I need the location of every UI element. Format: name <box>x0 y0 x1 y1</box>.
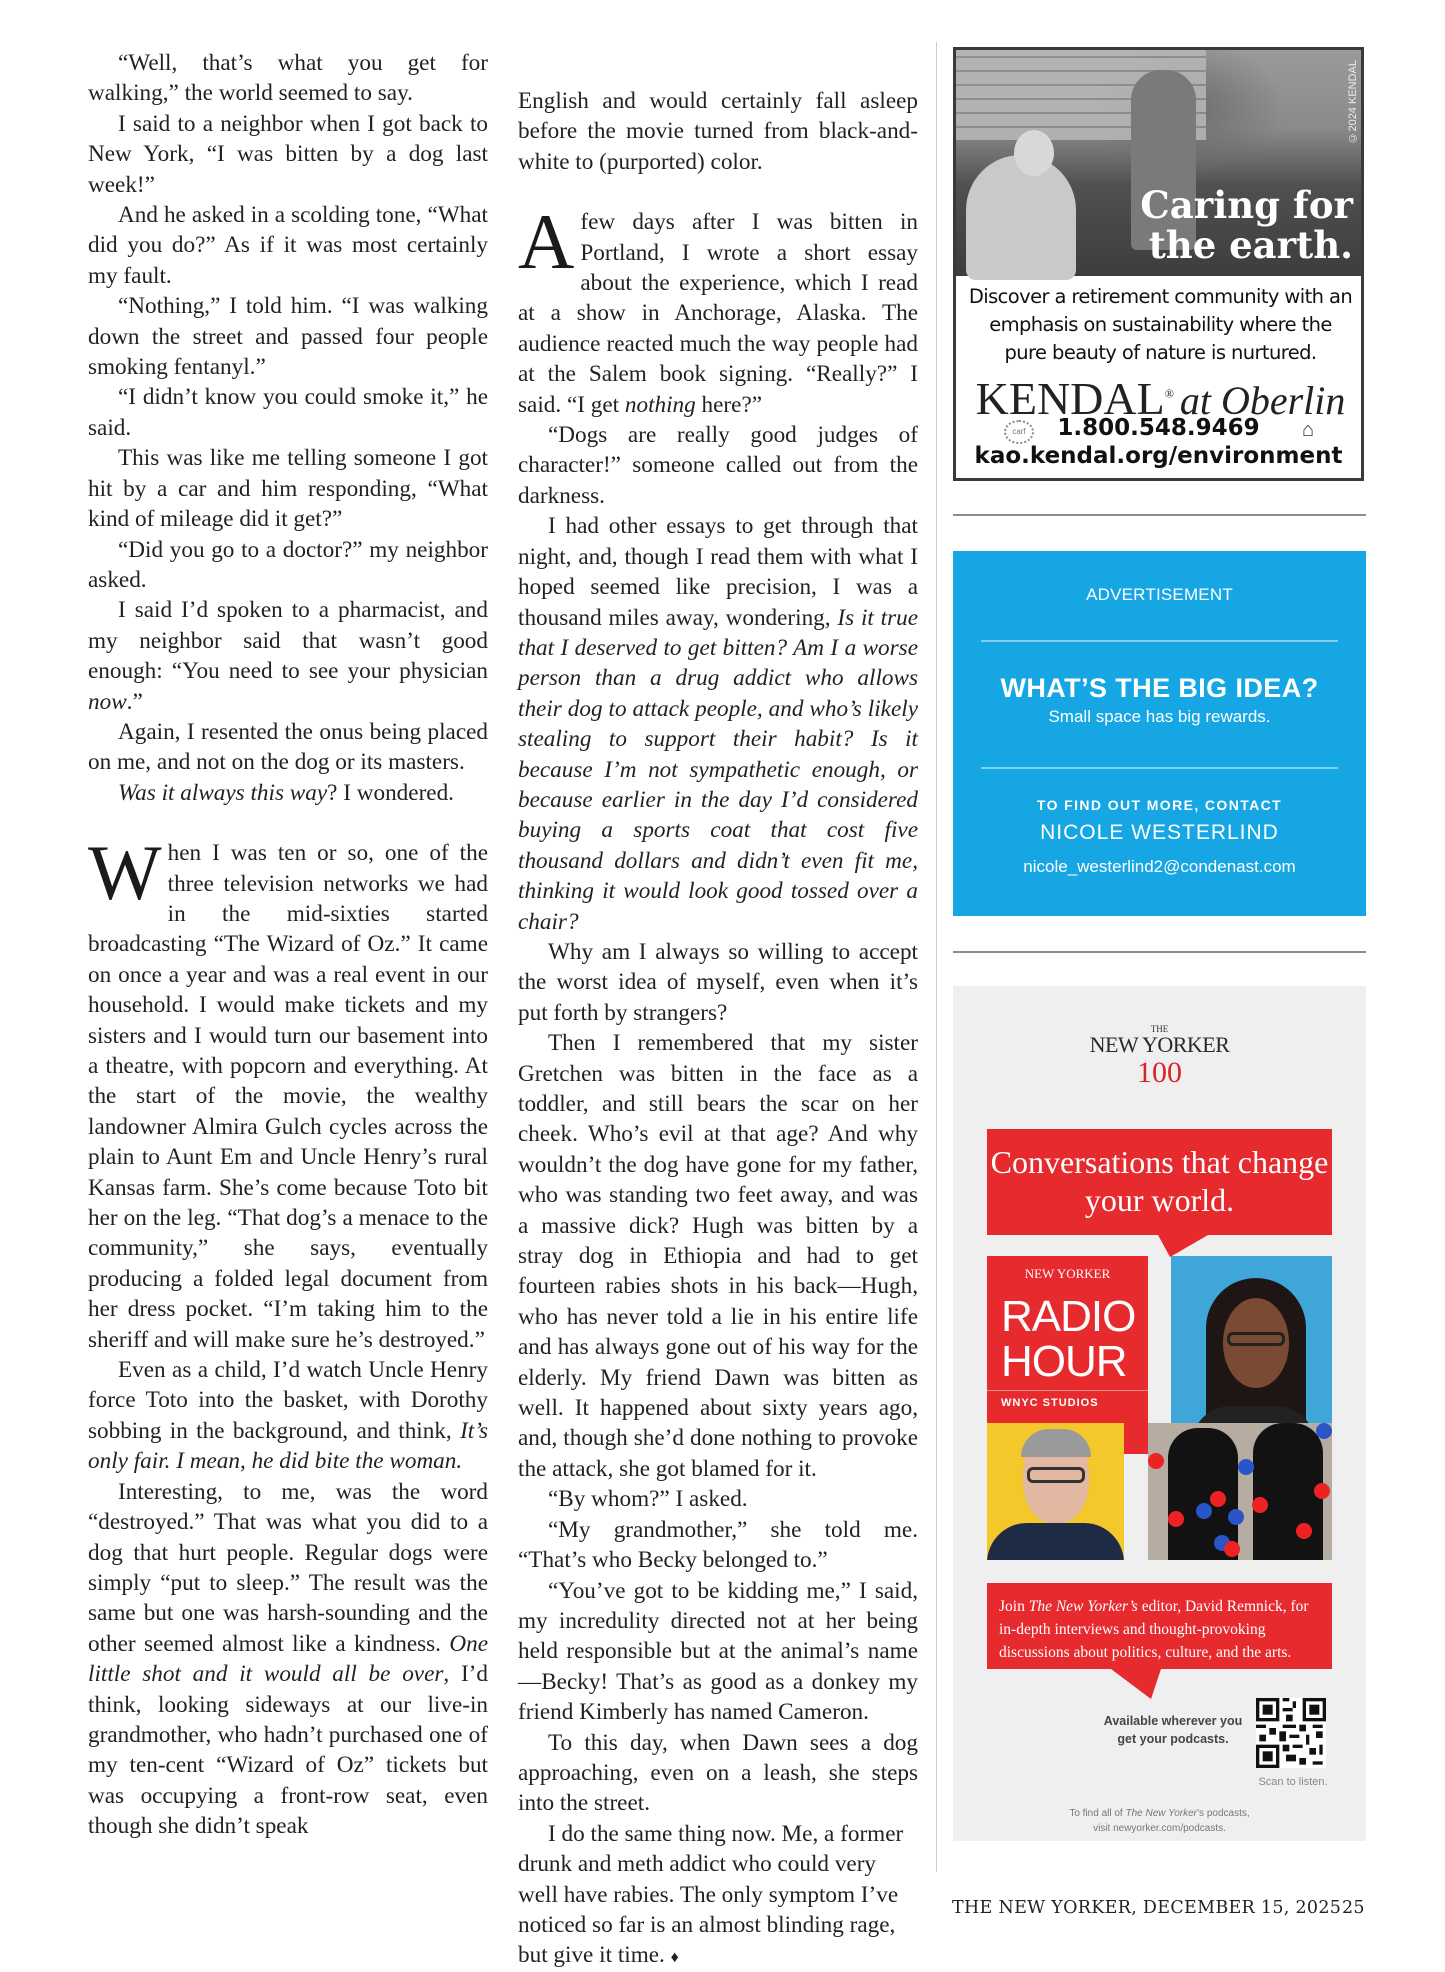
red-dot <box>1148 1453 1164 1469</box>
red-dot <box>1252 1497 1268 1513</box>
contact-email-link[interactable]: nicole_westerlind2@condenast.com <box>953 857 1366 877</box>
portrait-hair <box>1021 1429 1091 1457</box>
column-divider <box>936 42 937 1872</box>
headline-line: Caring for <box>1140 185 1353 225</box>
scan-label: Scan to listen. <box>1253 1776 1333 1788</box>
silhouette <box>1253 1423 1323 1560</box>
article-column-2: English and would certainly fall asleep … <box>518 86 918 1972</box>
blue-dot <box>1196 1503 1212 1519</box>
article-column-1: “Well, that’s what you get for walking,”… <box>88 48 488 1842</box>
speech-bubble-tail <box>1158 1235 1208 1257</box>
description-speech-bubble: Join The New Yorker’s editor, David Remn… <box>987 1583 1332 1669</box>
paragraph-text: .” <box>127 689 143 715</box>
tile-title-line: HOUR <box>1001 1339 1135 1384</box>
paragraph: “Dogs are really good judges of characte… <box>518 420 918 511</box>
text: ’s podcasts, <box>1197 1808 1250 1819</box>
italic-text: Is it true that I deserved to get bitten… <box>518 605 918 935</box>
new-yorker-logo: NEW YORKER <box>953 1032 1366 1058</box>
paragraph: Then I remembered that my sister Gretche… <box>518 1028 918 1484</box>
paragraph: I said I’d spoken to a pharmacist, and m… <box>88 595 488 717</box>
paragraph: And he asked in a scolding tone, “What d… <box>88 200 488 291</box>
head-shape <box>1014 130 1054 176</box>
portrait-sweater <box>987 1523 1124 1560</box>
paragraph: “By whom?” I asked. <box>518 1484 918 1514</box>
red-dot <box>1296 1523 1312 1539</box>
paragraph-text: here?” <box>696 392 762 418</box>
paragraph-text: hen I was ten or so, one of the three te… <box>88 840 488 1353</box>
red-dot <box>1224 1541 1240 1557</box>
blue-dot <box>1228 1509 1244 1525</box>
paragraph: “Well, that’s what you get for walking,”… <box>88 48 488 109</box>
paragraph: Was it always this way? I wondered. <box>88 778 488 808</box>
paragraph: To this day, when Dawn sees a dog approa… <box>518 1728 918 1819</box>
paragraph: “You’ve got to be kidding me,” I said, m… <box>518 1576 918 1728</box>
ad-headline: Caring for the earth. <box>1140 185 1353 265</box>
portrait-glasses <box>1227 1332 1285 1346</box>
paragraph-text: , I’d think, looking sideways at our liv… <box>88 1661 488 1839</box>
paragraph: Interesting, to me, was the word “destro… <box>88 1477 488 1842</box>
tagline-speech-bubble: Conversations that change your world. <box>987 1129 1332 1235</box>
wnyc-studios-label: WNYC STUDIOS <box>987 1390 1148 1409</box>
paragraph: “Did you go to a doctor?” my neighbor as… <box>88 535 488 596</box>
blurb-text: Join <box>999 1598 1029 1615</box>
italic-text: nothing <box>625 392 696 418</box>
ad-url-link[interactable]: kao.kendal.org/environment <box>956 443 1361 469</box>
paragraph: Why am I always so willing to accept the… <box>518 937 918 1028</box>
copyright-note: ©2024 KENDAL <box>1347 60 1359 144</box>
ad-subtitle: Small space has big rewards. <box>953 707 1366 727</box>
guest-portrait-image <box>987 1423 1124 1560</box>
election-illustration-image <box>1148 1423 1332 1560</box>
red-dot <box>1314 1483 1330 1499</box>
ad-divider <box>953 514 1366 516</box>
blue-dot <box>1316 1423 1332 1439</box>
contact-label: TO FIND OUT MORE, CONTACT <box>953 797 1366 813</box>
paragraph-text: Even as a child, I’d watch Uncle Henry f… <box>88 1357 488 1444</box>
ad-title: WHAT’S THE BIG IDEA? <box>953 673 1366 704</box>
paragraph-text: few days after I was bitten in Portland,… <box>518 209 918 417</box>
ad-rule <box>981 767 1338 769</box>
paragraph: I had other essays to get through that n… <box>518 511 918 937</box>
paragraph: “Nothing,” I told him. “I was walking do… <box>88 291 488 382</box>
ad-label: ADVERTISEMENT <box>953 585 1366 605</box>
radio-hour-ad[interactable]: THE NEW YORKER 100 Conversations that ch… <box>953 986 1366 1841</box>
find-all-line: To find all of The New Yorker’s podcasts… <box>953 1806 1366 1821</box>
tile-title: RADIO HOUR <box>1001 1294 1135 1384</box>
paragraph: This was like me telling someone I got h… <box>88 443 488 534</box>
tile-title-line: RADIO <box>1001 1294 1135 1339</box>
person-kneeling-image <box>966 155 1076 280</box>
paragraph: “My grandmother,” she told me. “That’s w… <box>518 1515 918 1576</box>
paragraph-text: ? I wondered. <box>327 780 454 806</box>
footer-page-number: 25 <box>1342 1898 1365 1918</box>
centennial-mark: 100 <box>953 1056 1366 1090</box>
kendal-ad[interactable]: ©2024 KENDAL Caring for the earth. Disco… <box>953 47 1364 481</box>
blue-dot <box>1238 1459 1254 1475</box>
text: To find all of <box>1069 1808 1125 1819</box>
contact-name: NICOLE WESTERLIND <box>953 821 1366 845</box>
drop-cap: A <box>518 211 574 273</box>
drop-cap: W <box>88 842 162 904</box>
find-all-podcasts-text: To find all of The New Yorker’s podcasts… <box>953 1806 1366 1836</box>
advertise-house-ad[interactable]: ADVERTISEMENT WHAT’S THE BIG IDEA? Small… <box>953 551 1366 916</box>
paragraph-text: Interesting, to me, was the word “destro… <box>88 1479 488 1657</box>
paragraph-continuation: English and would certainly fall asleep … <box>518 86 918 177</box>
footer-publication-date: THE NEW YORKER, DECEMBER 15, 2025 <box>952 1898 1341 1918</box>
section-opening-paragraph: When I was ten or so, one of the three t… <box>88 838 488 1355</box>
blurb-italic: The New Yorker’s <box>1029 1598 1138 1615</box>
paragraph: Again, I resented the onus being placed … <box>88 717 488 778</box>
italic-text: The New Yorker <box>1126 1808 1198 1819</box>
qr-code-graphic <box>1256 1698 1326 1768</box>
ad-photo-gardening: ©2024 KENDAL Caring for the earth. <box>956 50 1361 276</box>
available-text: Available wherever you get your podcasts… <box>1093 1712 1253 1748</box>
podcasts-url-link[interactable]: visit newyorker.com/podcasts. <box>953 1821 1366 1836</box>
end-mark-diamond-icon: ♦ <box>671 1949 679 1966</box>
paragraph: I said to a neighbor when I got back to … <box>88 109 488 200</box>
ad-rule <box>981 640 1338 642</box>
paragraph: Even as a child, I’d watch Uncle Henry f… <box>88 1355 488 1477</box>
speech-bubble-tail <box>1111 1669 1161 1699</box>
paragraph: I do the same thing now. Me, a former dr… <box>518 1819 918 1972</box>
paragraph: “I didn’t know you could smoke it,” he s… <box>88 382 488 443</box>
tile-brand: NEW YORKER <box>987 1266 1148 1282</box>
ad-divider <box>953 951 1366 953</box>
portrait-glasses <box>1027 1467 1085 1483</box>
red-dot <box>1168 1511 1184 1527</box>
italic-text: Was it always this way <box>118 780 327 806</box>
registered-mark: ® <box>1165 387 1174 401</box>
paragraph-text: I said I’d spoken to a pharmacist, and m… <box>88 597 488 684</box>
ad-description: Discover a retirement community with an … <box>968 283 1353 367</box>
italic-text: now <box>88 689 127 715</box>
headline-line: the earth. <box>1140 225 1353 265</box>
red-dot <box>1210 1491 1226 1507</box>
equal-housing-icon: ⌂ <box>1296 418 1320 442</box>
paragraph-text: I do the same thing now. Me, a former dr… <box>518 1821 903 1969</box>
qr-code-icon[interactable] <box>1256 1698 1326 1768</box>
section-opening-paragraph: A few days after I was bitten in Portlan… <box>518 207 918 420</box>
